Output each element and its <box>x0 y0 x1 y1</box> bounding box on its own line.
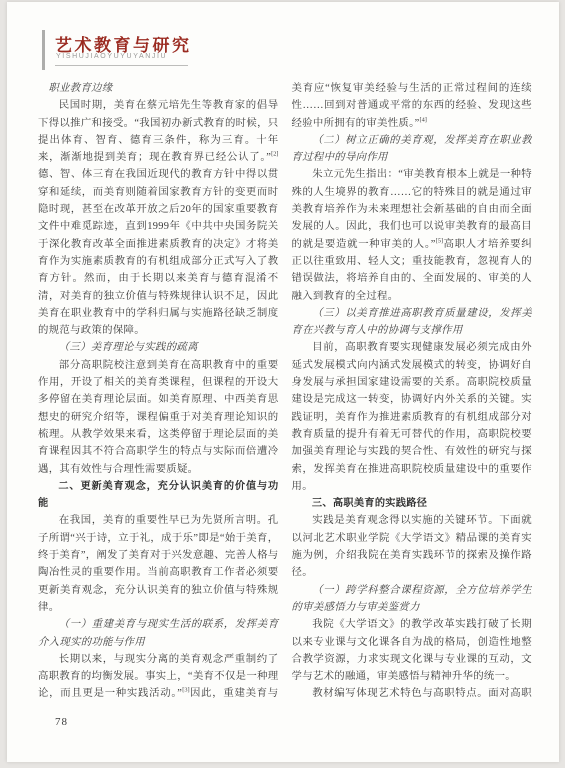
subsection-heading: （二）树立正确的美育观，发挥美育在职业教育过程中的导向作用 <box>292 132 533 167</box>
page-footer: 78 <box>55 716 68 728</box>
subsection-heading: （三）美育理论与实践的疏离 <box>38 339 279 356</box>
citation-marker: [3] <box>182 687 189 694</box>
text-run: 三、高职美育的实践路径 <box>312 498 427 509</box>
paragraph: 教材编写体现艺术特色与高职特点。面对高职院校《大学语文》现行教材与普通本科院校趋 <box>292 685 533 704</box>
journal-page: 艺术教育与研究 YISHUJIAOYUYUYANJIU 职业教育边缘民国时期，美… <box>7 2 559 762</box>
text-run: （一）重建美育与现实生活的联系，发挥美育介入现实的功能与作用 <box>38 619 279 647</box>
text-run: 美育应“恢复审美经验与生活的正常过程间的连续性……回到对普通或平常的东西的经验、… <box>292 83 533 129</box>
text-run: 在我国，美育的重要性早已为先贤所言明。孔子所谓“兴于诗，立于礼，成于乐”即是“始… <box>38 515 279 612</box>
text-run: （一）跨学科整合课程资源，全方位培养学生的审美感悟力与审美鉴赏力 <box>292 585 533 613</box>
text-run: 部分高职院校注意到美育在高职教育中的重要作用，开设了相关的美育类课程，但课程的开… <box>38 360 279 475</box>
citation-marker: [5] <box>436 237 443 244</box>
subsection-heading: （一）重建美育与现实生活的联系，发挥美育介入现实的功能与作用 <box>38 616 279 651</box>
left-column: 职业教育边缘民国时期，美育在蔡元培先生等教育家的倡导下得以推广和接受。“我国初办… <box>38 80 279 704</box>
paragraph: 部分高职院校注意到美育在高职教育中的重要作用，开设了相关的美育类课程，但课程的开… <box>38 357 279 478</box>
paragraph: 我院《大学语文》的教学改革实践打破了长期以来专业课与文化课各自为战的格局，创造性… <box>292 616 533 685</box>
paragraph: 在我国，美育的重要性早已为先贤所言明。孔子所谓“兴于诗，立于礼，成于乐”即是“始… <box>38 512 279 616</box>
citation-marker: [4] <box>420 116 427 123</box>
subsection-heading: （三）以美育推进高职教育质量建设，发挥美育在兴教与育人中的协调与支撑作用 <box>292 305 533 340</box>
paragraph: 民国时期，美育在蔡元培先生等教育家的倡导下得以推广和接受。“我国初办新式教育的时… <box>38 97 279 339</box>
text-run: 二、更新美育观念，充分认识美育的价值与功能 <box>38 481 279 509</box>
section-heading: 三、高职美育的实践路径 <box>292 495 533 512</box>
text-run: （三）以美育推进高职教育质量建设，发挥美育在兴教与育人中的协调与支撑作用 <box>292 308 533 336</box>
text-run: 目前，高职教育要实现健康发展必须完成由外延式发展模式向内涵式发展模式的转变，协调… <box>292 342 533 491</box>
page-number: 78 <box>55 716 68 728</box>
text-run: 教材编写体现艺术特色与高职特点。面对高职院校《大学语文》现行教材与普通本科院校趋 <box>292 688 533 704</box>
article-body: 职业教育边缘民国时期，美育在蔡元培先生等教育家的倡导下得以推广和接受。“我国初办… <box>38 80 532 704</box>
text-run: 实践是美育观念得以实施的关键环节。下面就以河北艺术职业学院《大学语文》精品课的美… <box>292 515 533 578</box>
text-run: 我院《大学语文》的教学改革实践打破了长期以来专业课与文化课各自为战的格局，创造性… <box>292 619 533 682</box>
right-column: 美育应“恢复审美经验与生活的正常过程间的连续性……回到对普通或平常的东西的经验、… <box>292 80 533 704</box>
section-heading: 二、更新美育观念，充分认识美育的价值与功能 <box>38 478 279 513</box>
paragraph: 长期以来，与现实分离的美育观念严重制约了高职教育的均衡发展。事实上，“美育不仅是… <box>38 651 279 704</box>
text-run: 朱立元先生指出：“审美教育根本上就是一种特殊的人生境界的教育……它的特殊目的就是… <box>292 169 533 249</box>
text-run: 民国时期，美育在蔡元培先生等教育家的倡导下得以推广和接受。“我国初办新式教育的时… <box>38 100 279 163</box>
paragraph: 实践是美育观念得以实施的关键环节。下面就以河北艺术职业学院《大学语文》精品课的美… <box>292 512 533 581</box>
masthead-rule <box>55 65 188 66</box>
subsection-heading: （一）跨学科整合课程资源，全方位培养学生的审美感悟力与审美鉴赏力 <box>292 582 533 617</box>
masthead-vertical-bar <box>42 30 45 70</box>
paragraph: 朱立元先生指出：“审美教育根本上就是一种特殊的人生境界的教育……它的特殊目的就是… <box>292 166 533 304</box>
subsection-heading-continuation: 职业教育边缘 <box>38 80 279 97</box>
paragraph-continuation: 美育应“恢复审美经验与生活的正常过程间的连续性……回到对普通或平常的东西的经验、… <box>292 80 533 132</box>
journal-title-pinyin: YISHUJIAOYUYUYANJIU <box>56 53 167 60</box>
citation-marker: [2] <box>271 151 278 158</box>
text-run: （二）树立正确的美育观，发挥美育在职业教育过程中的导向作用 <box>292 135 533 163</box>
text-run: 德、智、体三育在我国近现代的教育方针中得以贯穿和延续，而美育则随着国家教育方针的… <box>38 169 279 336</box>
paragraph: 目前，高职教育要实现健康发展必须完成由外延式发展模式向内涵式发展模式的转变，协调… <box>292 339 533 495</box>
text-run: （三）美育理论与实践的疏离 <box>59 342 198 353</box>
text-run: 职业教育边缘 <box>48 83 112 94</box>
